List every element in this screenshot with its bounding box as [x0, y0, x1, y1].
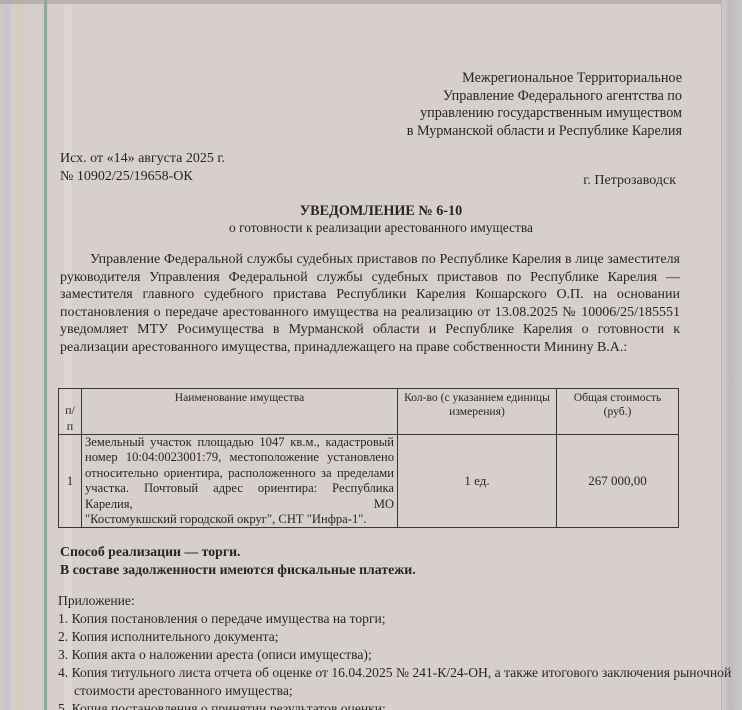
- document-subtitle: о готовности к реализации арестованного …: [0, 220, 742, 236]
- sale-method: Способ реализации — торги.: [60, 543, 416, 561]
- table-row: 1 Земельный участок площадью 1047 кв.м.,…: [59, 435, 679, 528]
- header-name: Наименование имущества: [82, 389, 398, 435]
- header-cost: Общая стоимость (руб.): [557, 389, 679, 435]
- appendix-item: 1. Копия постановления о передаче имущес…: [58, 610, 742, 628]
- outgoing-reference: Исх. от «14» августа 2025 г. № 10902/25/…: [60, 150, 225, 185]
- appendix-heading: Приложение:: [58, 592, 742, 610]
- row-name: Земельный участок площадью 1047 кв.м., к…: [82, 435, 398, 528]
- header-num: п/п: [59, 389, 82, 435]
- addressee-line: в Мурманской области и Республике Карели…: [407, 123, 682, 141]
- city: г. Петрозаводск: [583, 173, 676, 189]
- row-cost: 267 000,00: [557, 435, 679, 528]
- row-name-last: "Костомукшский городской округ", СНТ "Ин…: [85, 512, 394, 527]
- appendix-list: 1. Копия постановления о передаче имущес…: [58, 610, 742, 710]
- row-num: 1: [59, 435, 82, 528]
- fiscal-payments-note: В составе задолженности имеются фискальн…: [60, 561, 416, 579]
- appendix-item: 5. Копия постановления о принятии резуль…: [58, 700, 742, 710]
- appendix-item: 3. Копия акта о наложении ареста (описи …: [58, 646, 742, 664]
- document-page: Межрегиональное Территориальное Управлен…: [0, 0, 742, 710]
- outgoing-date: Исх. от «14» августа 2025 г.: [60, 150, 225, 168]
- header-qty: Кол-во (с указанием единицы измерения): [398, 389, 557, 435]
- row-name-main: Земельный участок площадью 1047 кв.м., к…: [85, 435, 394, 511]
- appendix-block: Приложение: 1. Копия постановления о пер…: [58, 592, 742, 710]
- addressee-block: Межрегиональное Территориальное Управлен…: [407, 70, 682, 140]
- property-table: п/п Наименование имущества Кол-во (с ука…: [58, 388, 679, 528]
- addressee-line: Управление Федерального агентства по: [407, 88, 682, 106]
- appendix-item: 2. Копия исполнительного документа;: [58, 628, 742, 646]
- outgoing-number: № 10902/25/19658-ОК: [60, 168, 225, 186]
- appendix-item: 4. Копия титульного листа отчета об оцен…: [58, 664, 742, 700]
- body-paragraph: Управление Федеральной службы судебных п…: [60, 251, 680, 357]
- addressee-line: управлению государственным имуществом: [407, 105, 682, 123]
- table-header-row: п/п Наименование имущества Кол-во (с ука…: [59, 389, 679, 435]
- row-qty: 1 ед.: [398, 435, 557, 528]
- document-title: УВЕДОМЛЕНИЕ № 6-10: [0, 203, 742, 220]
- addressee-line: Межрегиональное Территориальное: [407, 70, 682, 88]
- method-block: Способ реализации — торги. В составе зад…: [60, 543, 416, 579]
